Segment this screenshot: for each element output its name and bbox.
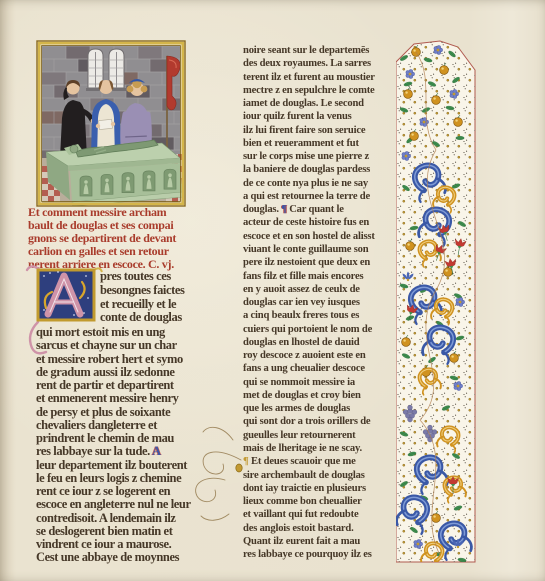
manuscript-page: Et comment messire archambault de dougla… [0, 0, 545, 581]
text-line: sarcus et chayne sur un char [36, 339, 236, 352]
miniature-tomb-scene [36, 40, 186, 207]
text-line: viuant le conte guillaume son [243, 243, 405, 256]
text-line: res labbaye ce pourquoy ilz es [243, 548, 405, 561]
text-line: a cinq beaulx freres tous es [243, 309, 405, 322]
text-line: gueulles leur retournerent [243, 429, 405, 442]
text-line: douglas. ¶ Car quant le [243, 203, 405, 216]
text-line: Quant ilz eurent fait a mau [243, 535, 405, 548]
text-line: a qui est retournee la terre de [243, 190, 405, 203]
text-line: noire seant sur le departemēs [243, 44, 405, 57]
text-line: besongnes faictes [100, 284, 238, 298]
pen-flourish [183, 418, 247, 533]
text-line: dont iay traictie en plusieurs [243, 482, 405, 495]
text-line: mais de lheritage ie ne scay. [243, 442, 405, 455]
text-line: douglas car ien vey iusques [243, 296, 405, 309]
text-line: de ce conte nya plus ie ne say [243, 177, 405, 190]
text-line: et vaillant qui fut redoubte [243, 508, 405, 521]
text-line: des anglois estoit bastard. [243, 522, 405, 535]
text-line: en y auoit assez de ceulx de [243, 283, 405, 296]
text-line: de persy et plus de soixante [36, 406, 236, 419]
text-line: vindrent ce iour a maurose. [36, 538, 236, 551]
text-line: conte de douglas [100, 311, 238, 325]
text-line: rent de partir et departirent [36, 379, 236, 392]
text-line: fans a ung cheualier descoce [243, 362, 405, 375]
text-line: sur le corps mise une pierre z [243, 150, 405, 163]
text-line: douglas en lhostel de dauid [243, 336, 405, 349]
right-text-column: noire seant sur le departemēsdes deux ro… [243, 44, 405, 561]
gold-drop [236, 464, 242, 472]
text-line: fans filz et fille mais encores [243, 270, 405, 283]
text-line: la baniere de douglas pardess [243, 163, 405, 176]
text-line: qui mort estoit mis en ung [36, 326, 236, 339]
text-line: bien et reueramment et fut [243, 137, 405, 150]
text-line: escoce et en son hostel de alisst [243, 230, 405, 243]
floral-border [396, 40, 476, 563]
paraph-mark: A [152, 444, 161, 458]
text-line: lieux comme bon cheuallier [243, 495, 405, 508]
text-line: mectre z en sepulchre le comte [243, 84, 405, 97]
text-line: qui sont dor a trois orillers de [243, 415, 405, 428]
text-line: de gradum aussi ilz sedonne [36, 366, 236, 379]
text-line: des deux royaumes. La sarres [243, 57, 405, 70]
text-line: Cest une abbaye de moynnes [36, 551, 236, 564]
text-line: et enmenerent messire henry [36, 392, 236, 405]
text-line: que les armes de douglas [243, 402, 405, 415]
text-line: iamet de douglas. Le second [243, 97, 405, 110]
text-line: et messire robert hert et symo [36, 353, 236, 366]
pen-flourish-strokes [196, 427, 241, 520]
paraph-mark: ¶ [281, 204, 287, 215]
text-line: met de douglas et croy bien [243, 389, 405, 402]
text-line: pere ilz nestoient que deux en [243, 256, 405, 269]
text-line: terent ilz et furent au moustier [243, 71, 405, 84]
text-line: acteur de ceste histoire fus en [243, 216, 405, 229]
text-line: et recueilly et le [100, 298, 238, 312]
text-line: ilz lui firent faire son seruice [243, 124, 405, 137]
text-line: sire archembault de douglas [243, 469, 405, 482]
text-line: cuiers qui portoient le nom de [243, 323, 405, 336]
text-line: qui se nommoit messire ia [243, 376, 405, 389]
text-line: ¶ Et deues scauoir que me [243, 455, 405, 468]
text-line: pres toutes ces [100, 270, 238, 284]
text-line: roy descoce z auoient este en [243, 349, 405, 362]
text-line: iour quilz furent la venus [243, 110, 405, 123]
green-tomb-chest [46, 140, 183, 206]
left-column-indented: pres toutes cesbesongnes faicteset recue… [100, 270, 238, 325]
